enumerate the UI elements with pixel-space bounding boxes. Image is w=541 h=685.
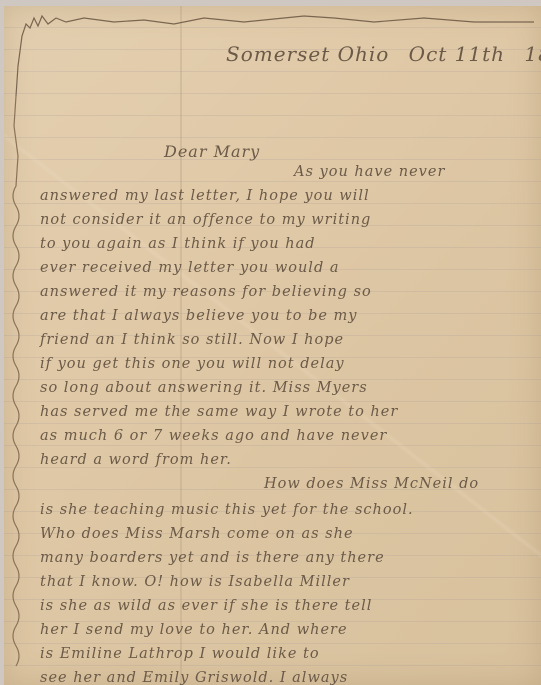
heading-place: Somerset Ohio: [226, 42, 389, 66]
letter-line: is she as wild as ever if she is there t…: [40, 598, 372, 614]
letter-line: answered it my reasons for believing so: [40, 284, 372, 300]
letter-line: Who does Miss Marsh come on as she: [40, 526, 354, 542]
letter-line: has served me the same way I wrote to he…: [40, 404, 398, 420]
letter-line: As you have never: [294, 164, 445, 180]
heading-date: Oct 11th: [409, 42, 505, 66]
letter-line: to you again as I think if you had: [40, 236, 316, 252]
letter-line: is Emiline Lathrop I would like to: [40, 646, 320, 662]
letter-line: so long about answering it. Miss Myers: [40, 380, 368, 396]
letter-line: as much 6 or 7 weeks ago and have never: [40, 428, 387, 444]
letter-heading: Somerset Ohio Oct 11th 1839: [226, 42, 541, 66]
letter-line: see her and Emily Griswold. I always: [40, 670, 348, 685]
letter-line: are that I always believe you to be my: [40, 308, 357, 324]
letter-line: answered my last letter, I hope you will: [40, 188, 370, 204]
letter-line: friend an I think so still. Now I hope: [40, 332, 344, 348]
letter-paper: Somerset Ohio Oct 11th 1839 Dear Mary As…: [4, 6, 541, 685]
letter-line: heard a word from her.: [40, 452, 232, 468]
letter-line: if you get this one you will not delay: [40, 356, 345, 372]
heading-year: 1839: [524, 42, 541, 66]
letter-line: her I send my love to her. And where: [40, 622, 348, 638]
letter-line: many boarders yet and is there any there: [40, 550, 385, 566]
salutation: Dear Mary: [164, 142, 260, 161]
letter-line: How does Miss McNeil do: [264, 476, 479, 492]
letter-line: that I know. O! how is Isabella Miller: [40, 574, 350, 590]
letter-line: is she teaching music this yet for the s…: [40, 502, 414, 518]
letter-line: not consider it an offence to my writing: [40, 212, 371, 228]
letter-line: ever received my letter you would a: [40, 260, 339, 276]
